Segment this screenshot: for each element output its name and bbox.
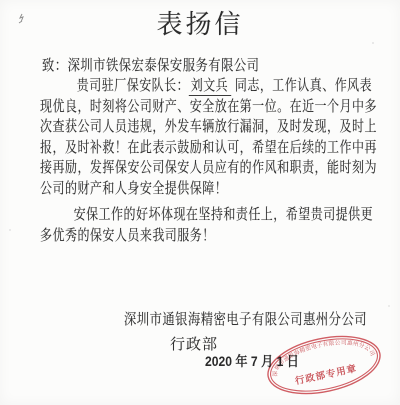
paragraph1-lead: 贵司驻厂保安队长： — [77, 78, 189, 94]
commendation-letter-page: 表扬信 致：深圳市铁保宏泰保安服务有限公司 贵司驻厂保安队长：刘文兵 同志，工作… — [0, 0, 400, 405]
body-line: 安保工作的好坏体现在坚持和责任上，希望贵司提供更 — [40, 205, 384, 226]
letter-body: 贵司驻厂保安队长：刘文兵 同志，工作认真、作风表 现优良，时刻将公司财产、安全放… — [40, 76, 384, 246]
body-line: 接再励，发挥保安公司保安人员应有的作风和职责，能时刻为 — [40, 158, 384, 179]
scan-speck — [9, 229, 11, 231]
body-line: 多优秀的保安人员来我司服务！ — [40, 226, 384, 247]
stamp-label: 行政部专用章 — [294, 362, 358, 387]
body-line: 次查获公司人员违规，外发车辆放行漏洞，及时发现，及时上 — [40, 117, 384, 138]
body-line: 报，及时补救！在此表示鼓励和认可，希望在后续的工作中再 — [40, 138, 384, 159]
official-stamp: 深圳市通银海精密电子有限公司惠州分公司 行政部专用章 — [254, 320, 394, 405]
body-line: 现优良，时刻将公司财产、安全放在第一位。在近一个月中多 — [40, 97, 384, 118]
paragraph1-after-name: 同志，工作认真、作风表 — [235, 78, 372, 94]
recipient-line: 致：深圳市铁保宏泰保安服务有限公司 — [42, 54, 259, 75]
letter-title: 表扬信 — [0, 4, 400, 41]
body-line: 公司的财产和人身安全提供保障！ — [40, 179, 384, 200]
scan-speck — [372, 42, 374, 44]
body-line: 贵司驻厂保安队长：刘文兵 同志，工作认真、作风表 — [40, 76, 384, 97]
commended-name: 刘文兵 — [189, 78, 231, 96]
scan-speck — [388, 305, 390, 307]
